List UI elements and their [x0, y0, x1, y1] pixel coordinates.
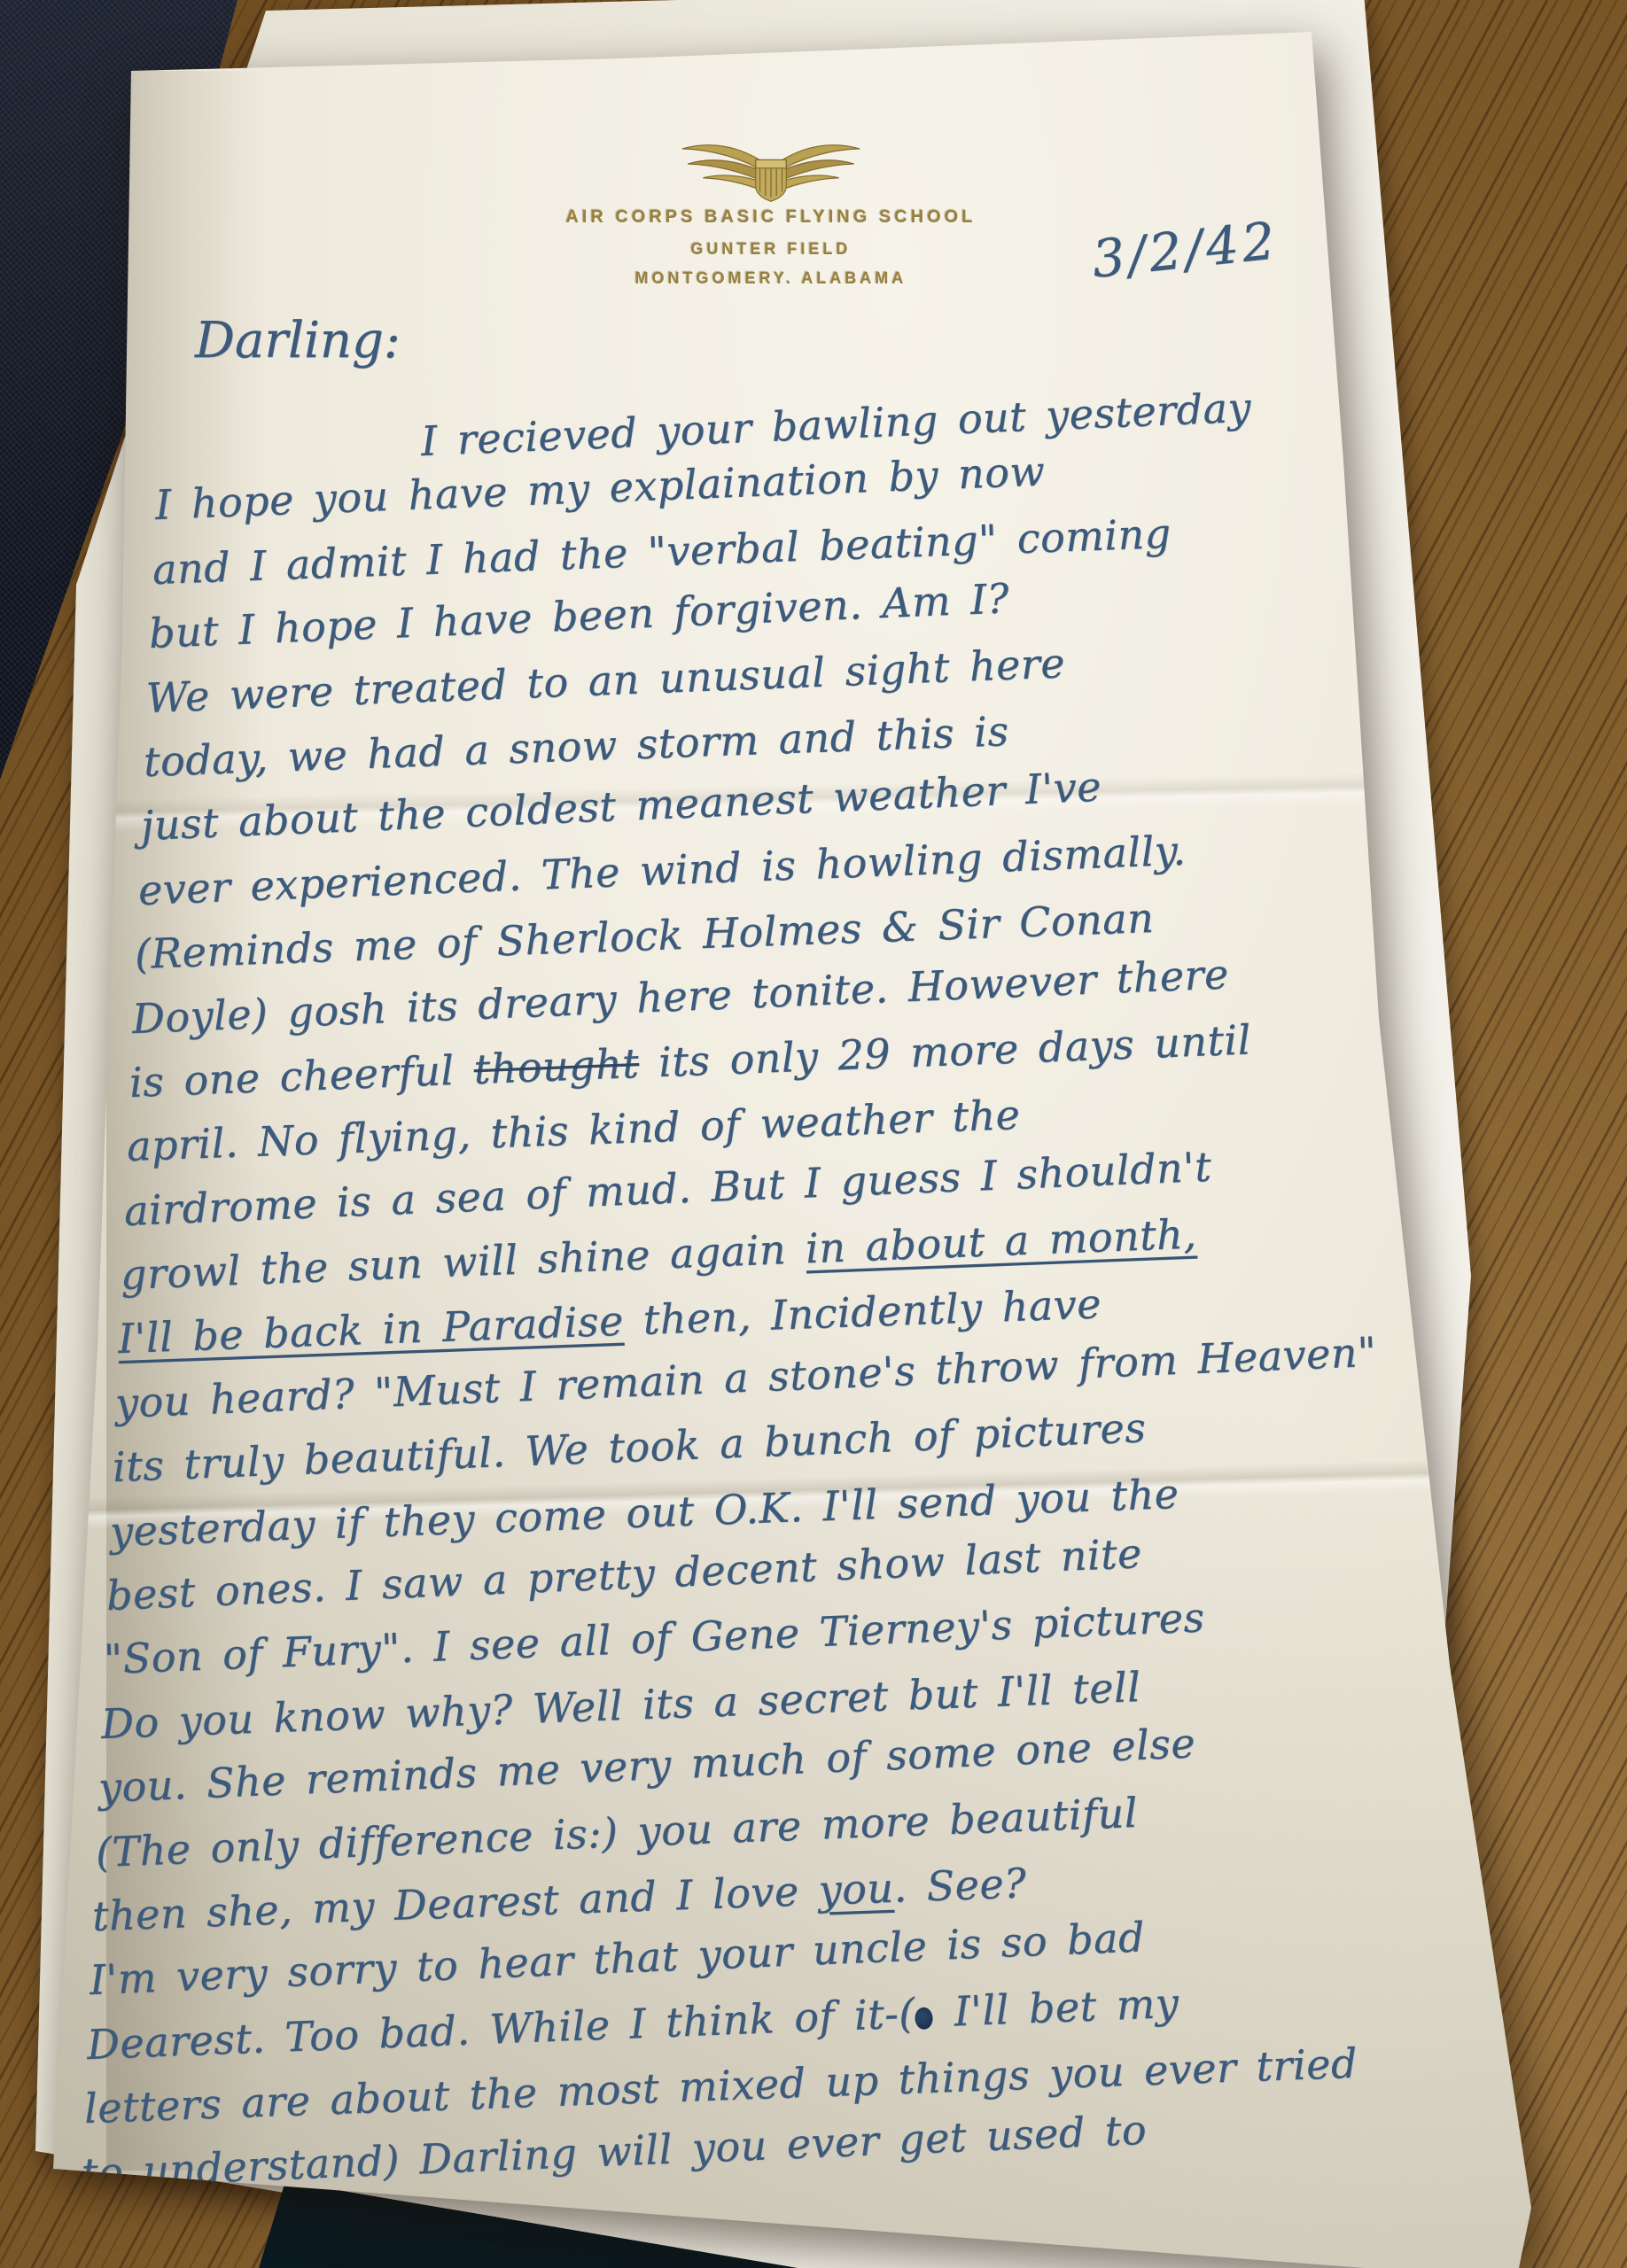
letterhead-line-1: AIR CORPS BASIC FLYING SCHOOL: [496, 207, 1046, 228]
pilot-wings-icon: [660, 129, 882, 206]
letter-lines: I recieved your bawling out yesterdayI h…: [0, 409, 1436, 2205]
letter-sheet: AIR CORPS BASIC FLYING SCHOOL GUNTER FIE…: [0, 0, 1627, 2268]
letter-photo: " AIR: [0, 0, 1627, 2268]
letterhead-line-3: MONTGOMERY. ALABAMA: [496, 269, 1046, 288]
salutation: Darling:: [195, 312, 401, 369]
letterhead-line-2: GUNTER FIELD: [496, 240, 1046, 259]
